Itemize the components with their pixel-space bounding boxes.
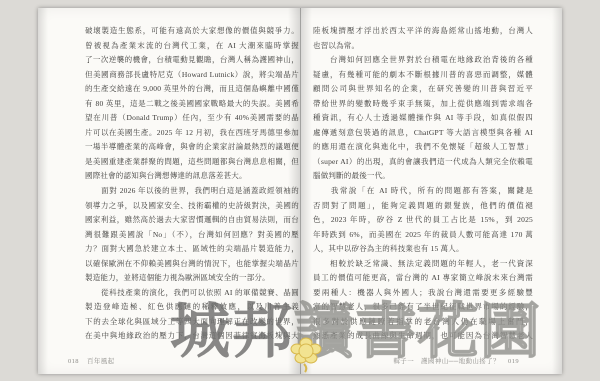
text-line: 片可以在美國生產。2025 年 12 月初，我在西班牙馬德里參加 [85,126,299,141]
text-line: 的生產交給遠在 9,000 英里外的台灣，而且這個島嶼離中國僅 [85,82,299,97]
text-line: 破壞製造生態系，可能有遠高於大家想像的價值與競爭力。 [85,24,299,39]
text-line: 員工的價值可能更高，當台灣的 AI 專家簡立峰說未來台灣需 [313,271,533,286]
text-line: 望在川普（Donald Trump）任內，至少有 40%美國需要的晶 [85,111,299,126]
paragraph: 從科技產業的演化，我們可以依照 AI 的軍備競賽、晶圓製造登峰造極、紅色供應鏈的… [85,286,299,344]
text-line: 力？面對大國急於建立本土、區域性的尖端晶片製造能力， [85,242,299,257]
paragraph: 我常說「在 AI 時代，所有的問題都有答案，關鍵是否問對了問題」，能夠定義問題的… [313,184,533,257]
text-line: 人，其中以矽谷為主的科技業也有 15 萬人。 [313,242,533,257]
text-line: 在美中與地緣政治的壓力下，台灣這個因菲律賓海板塊與大 [85,329,299,344]
left-page-number: 018 [68,358,79,365]
text-line: 色，2023 年時，矽谷 Z 世代的員工占比是 15%，到 2025 [313,213,533,228]
text-line: 熟悉產業的成長曲線與生命週期，也可能因為台灣智慧老人 [313,329,533,344]
text-line: 台灣如何回應全世界對於台積電在地緣政治背後的各種 [313,53,533,68]
text-line: （super AI）的出現，真的會讓我們這一代成為人類完全依賴電 [313,155,533,170]
text-line: 疑慮，有幾種可能的劇本不斷根據川普的喜惡而調整，媒體 [313,68,533,83]
text-line: 製造登峰造極、紅色供應鏈的稀釋效應，以及川普主義 [85,300,299,315]
text-line: 種資訊，有心人士透過媒體操作與 AI 等手段，如真似假四 [313,111,533,126]
text-line: 一場半導體產業的高峰會，與會的企業家討論最熱烈的議題便 [85,140,299,155]
paragraph: 面對 2026 年以後的世界，我們明白這是涵蓋政經領袖的領導力之爭，以及國家安全… [85,184,299,286]
text-line: 從科技產業的演化，我們可以依照 AI 的軍備競賽、晶圓 [85,286,299,301]
text-line: 面對 2026 年以後的世界，我們明白這是涵蓋政經領袖的 [85,184,299,199]
chapter-title: 輯子一 護國神山──地動山搖了？ [393,358,500,365]
right-page-number: 019 [508,358,519,365]
text-line: 我常說「在 AI 時代，所有的問題都有答案，關鍵是 [313,184,533,199]
text-line: 但美國商務部長盧特尼克（Howard Lutnick）說，將尖端晶片 [85,68,299,83]
right-page-edge [552,8,562,374]
text-line: 處傳遞刻意包裝過的訊息，ChatGPT 等大語言模型與各種 AI [313,126,533,141]
text-line: 下的去全球化與區域分工等四大面向理解正在改變的世界， [85,315,299,330]
paragraph: 台灣如何回應全世界對於台積電在地緣政治背後的各種疑慮，有幾種可能的劇本不斷根據川… [313,53,533,184]
text-line: 是美國重建產業群聚的問題，這些問題都與台灣息息相關，但 [85,155,299,170]
text-line: 國際社會的認知與台灣想傳達的訊息落差甚大。 [85,169,299,184]
book-photo: { "left_page": { "paragraphs": [ { "shor… [0,0,600,381]
text-line: 也習以為常。 [313,39,533,54]
text-line: 富的智慧老人，很多已經有了半世紀征戰世界市場的經驗， [313,300,533,315]
text-line: 相較於缺乏常識、無法定義問題的年輕人，老一代資深 [313,257,533,272]
text-line: 很多對於供應鏈瞭若指掌的老台灣人仍在職場上奮鬥， [313,315,533,330]
text-line: 顧問公司與世界知名的企業，在研究善變的川普與習近平 [313,82,533,97]
text-line: 有 80 英里，這是二戰之後美國國家戰略最大的失誤。美國希 [85,97,299,112]
text-line: 灣很難跟美國說「No」（不），台灣如何回應？對美國的壓 [85,228,299,243]
paragraph: 陸板塊擠壓才浮出於西太平洋的海島經常山搖地動，台灣人也習以為常。 [313,24,533,53]
book-title: 百年風起 [87,358,115,365]
text-line: 國家利益，雖然高於過去大家習慣邏輯的自由貿易法則，而台 [85,213,299,228]
text-line: 製造能力，並將這個能力視為歐洲區域安全的一部分。 [85,271,299,286]
text-line: 年時跌到 6%，而美國在 2025 年的裁員人數可能高達 170 萬 [313,228,533,243]
right-page-text: 陸板塊擠壓才浮出於西太平洋的海島經常山搖地動，台灣人也習以為常。 台灣如何回應全… [313,24,533,344]
paragraph: 相較於缺乏常識、無法定義問題的年輕人，老一代資深員工的價值可能更高，當台灣的 A… [313,257,533,344]
paragraph: 破壞製造生態系，可能有遠高於大家想像的價值與競爭力。曾被視為產業末流的台灣代工業… [85,24,299,184]
right-page-footer: 輯子一 護國神山──地動山搖了？ 019 [393,356,525,365]
text-line: 曾被視為產業末流的台灣代工業，在 AI 大潮來臨時掌握 [85,39,299,54]
text-line: 腦做判斷的最後一代。 [313,169,533,184]
text-line: 陸板塊擠壓才浮出於西太平洋的海島經常山搖地動，台灣人 [313,24,533,39]
gutter-line [300,8,301,374]
text-line: 領導力之爭，以及國家安全、技術霸權的史詩級對決，美國的 [85,199,299,214]
left-page-edge [38,8,48,374]
text-line: 了一次逆襲的機會，台積電動見觀瞻，台灣人稱為護國神山， [85,53,299,68]
left-page-text: 破壞製造生態系，可能有遠高於大家想像的價值與競爭力。曾被視為產業末流的台灣代工業… [85,24,299,344]
text-line: 否問對了問題」，能夠定義問題的銀髮族，他們的價值褪 [313,199,533,214]
left-page-footer: 018 百年風起 [62,356,115,365]
text-line: 要兩種人：機器人與外國人；我說台灣還需要更多經驗豐 [313,286,533,301]
text-line: 以確保歐洲在不仰賴美國與台灣的情況下，也能掌握尖端晶片 [85,257,299,272]
text-line: 帶給世界的變數時幾乎束手無策，加上從供應端到需求端各 [313,97,533,112]
text-line: 的應用還在演化與進化中，我們不免懷疑「超級人工智慧」 [313,140,533,155]
